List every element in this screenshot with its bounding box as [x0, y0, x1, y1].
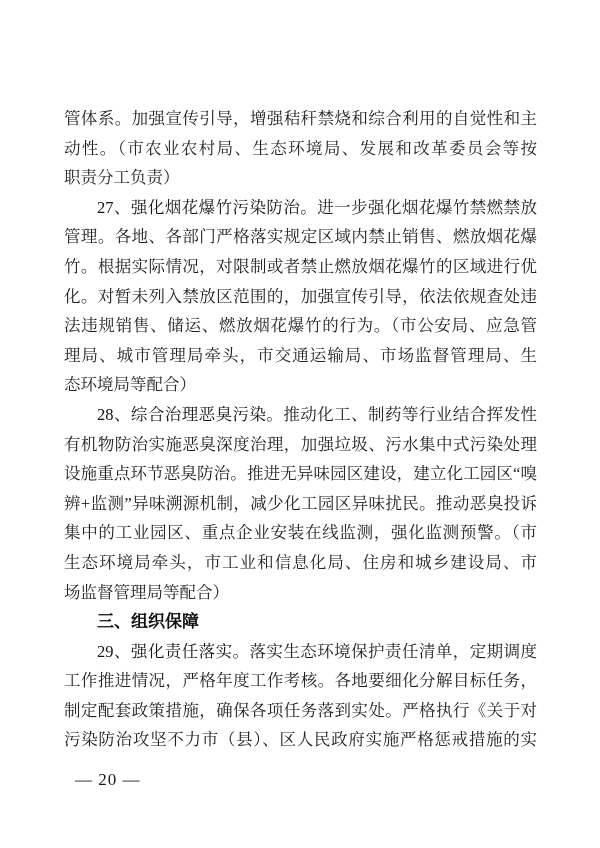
text-line: 工作推进情况，严格年度工作考核。各地要细化分解目标任务，	[64, 666, 537, 696]
page-number: — 20 —	[75, 770, 141, 790]
body-text: 集中的工业园区、重点企业安装在线监测，强化监测预警。	[64, 523, 512, 542]
body-text: 辨+监测”异味溯源机制，减少化工园区异味扰民。推动恶臭投诉	[64, 494, 537, 513]
body-text: 落实生态环境保护责任清单，定期调度	[249, 642, 537, 661]
text-line: 法违规销售、储运、燃放烟花爆竹的行为。（市公安局、应急管	[64, 311, 537, 341]
department-list: 生态环境局牵头，市工业和信息化局、住房和城乡建设局、市	[64, 553, 537, 572]
department-list: （市	[512, 523, 537, 542]
department-list: 场监督管理局等配合）	[64, 583, 229, 602]
body-text: 法违规销售、储运、燃放烟花爆竹的行为。	[64, 316, 391, 335]
text-line: 竹。根据实际情况，对限制或者禁止燃放烟花爆竹的区域进行优	[64, 252, 537, 282]
text-line: 集中的工业园区、重点企业安装在线监测，强化监测预警。（市	[64, 518, 537, 548]
body-text: 工作推进情况，严格年度工作考核。各地要细化分解目标任务，	[64, 671, 537, 690]
text-line: 管体系。加强宣传引导，增强秸秆禁烧和综合利用的自觉性和主	[64, 104, 537, 134]
section-heading: 三、组织保障	[64, 607, 537, 637]
department-list: 职责分工负责）	[64, 168, 180, 187]
body-text: 化。对暂未列入禁放区范围的，加强宣传引导，依法依规查处违	[64, 287, 537, 306]
department-list: （市公安局、应急管	[391, 316, 537, 335]
text-line: 污染防治攻坚不力市（县）、区人民政府实施严格惩戒措施的实	[64, 725, 537, 755]
body-text: 管体系。加强宣传引导，增强秸秆禁烧和综合利用的自觉性和主	[64, 109, 537, 128]
text-line: 生态环境局牵头，市工业和信息化局、住房和城乡建设局、市	[64, 548, 537, 578]
body-text: 制定配套政策措施，确保各项任务落到实处。严格执行《关于对	[64, 701, 537, 720]
text-line: 管理。各地、各部门严格落实规定区域内禁止销售、燃放烟花爆	[64, 222, 537, 252]
department-list: （市农业农村局、生态环境局、发展和改革委员会等按	[118, 139, 537, 158]
text-line: 27、强化烟花爆竹污染防治。进一步强化烟花爆竹禁燃禁放	[64, 193, 537, 223]
text-line: 理局、城市管理局牵头，市交通运输局、市场监督管理局、生	[64, 341, 537, 371]
text-line: 有机物防治实施恶臭深度治理，加强垃圾、污水集中式污染处理	[64, 430, 537, 460]
body-text: 竹。根据实际情况，对限制或者禁止燃放烟花爆竹的区域进行优	[64, 257, 537, 276]
body-text: 污染防治攻坚不力市（县）、区人民政府实施严格惩戒措施的实	[64, 730, 537, 749]
department-list: 理局、城市管理局牵头，市交通运输局、市场监督管理局、生	[64, 346, 537, 365]
text-line: 制定配套政策措施，确保各项任务落到实处。严格执行《关于对	[64, 696, 537, 726]
text-line: 职责分工负责）	[64, 163, 537, 193]
item-lead-29: 29、强化责任落实。	[97, 642, 249, 661]
text-line: 设施重点环节恶臭防治。推进无异味园区建设，建立化工园区“嗅	[64, 459, 537, 489]
text-line: 28、综合治理恶臭污染。推动化工、制药等行业结合挥发性	[64, 400, 537, 430]
body-text: 设施重点环节恶臭防治。推进无异味园区建设，建立化工园区“嗅	[64, 464, 537, 483]
section-heading-text: 三、组织保障	[97, 612, 199, 631]
body-text: 动性。	[64, 139, 118, 158]
document-page: 管体系。加强宣传引导，增强秸秆禁烧和综合利用的自觉性和主 动性。（市农业农村局、…	[0, 0, 600, 848]
text-line: 化。对暂未列入禁放区范围的，加强宣传引导，依法依规查处违	[64, 282, 537, 312]
text-line: 动性。（市农业农村局、生态环境局、发展和改革委员会等按	[64, 134, 537, 164]
body-text: 有机物防治实施恶臭深度治理，加强垃圾、污水集中式污染处理	[64, 435, 537, 454]
document-body: 管体系。加强宣传引导，增强秸秆禁烧和综合利用的自觉性和主 动性。（市农业农村局、…	[64, 104, 537, 755]
text-line: 29、强化责任落实。落实生态环境保护责任清单，定期调度	[64, 637, 537, 667]
item-lead-27: 27、强化烟花爆竹污染防治。	[97, 198, 317, 217]
item-lead-28: 28、综合治理恶臭污染。	[97, 405, 283, 424]
text-line: 态环境局等配合）	[64, 370, 537, 400]
text-line: 辨+监测”异味溯源机制，减少化工园区异味扰民。推动恶臭投诉	[64, 489, 537, 519]
body-text: 进一步强化烟花爆竹禁燃禁放	[317, 198, 537, 217]
body-text: 管理。各地、各部门严格落实规定区域内禁止销售、燃放烟花爆	[64, 227, 537, 246]
text-line: 场监督管理局等配合）	[64, 578, 537, 608]
department-list: 态环境局等配合）	[64, 375, 196, 394]
body-text: 推动化工、制药等行业结合挥发性	[283, 405, 537, 424]
